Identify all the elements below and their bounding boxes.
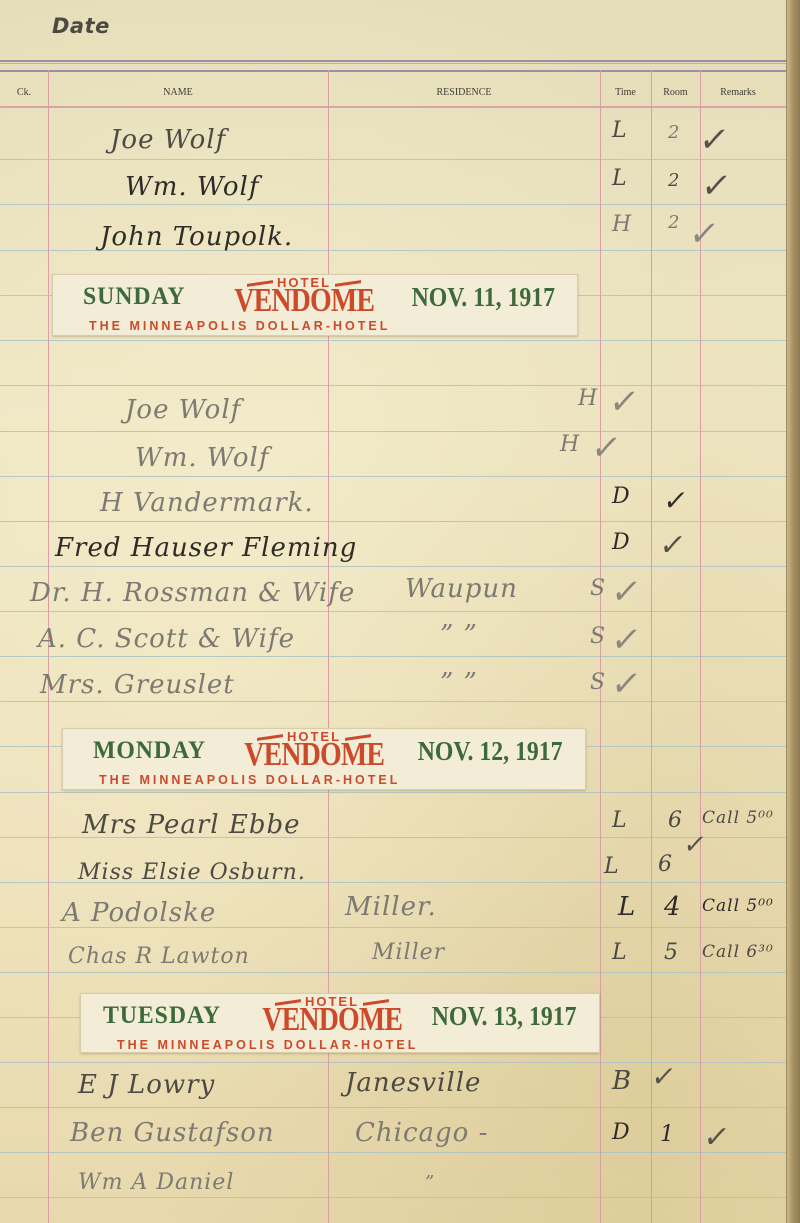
hotel-logo: HOTEL VENDOME bbox=[247, 994, 417, 1036]
entry-name: Miss Elsie Osburn. bbox=[78, 860, 306, 885]
ruled-line bbox=[0, 701, 786, 702]
ruled-line bbox=[0, 476, 786, 477]
entry-residence: Janesville bbox=[345, 1068, 481, 1098]
banner-date: NOV. 11, 1917 bbox=[412, 282, 555, 313]
entry-residence: Miller. bbox=[345, 892, 437, 922]
ruled-line bbox=[0, 204, 786, 205]
entry-time: L bbox=[612, 118, 628, 143]
checkmark-icon: ✓ bbox=[608, 620, 644, 660]
date-banner-tuesday: TUESDAY HOTEL VENDOME NOV. 13, 1917 THE … bbox=[80, 993, 600, 1053]
entry-time: L bbox=[604, 854, 620, 879]
entry-room: 6 bbox=[668, 808, 683, 833]
entry-time: L bbox=[612, 166, 628, 191]
column-header-room: Room bbox=[651, 87, 700, 98]
column-header-ck: Ck. bbox=[0, 87, 48, 98]
ledger-page: Date Ck. NAME RESIDENCE Time Room Remark… bbox=[0, 0, 800, 1223]
entry-name: Wm A Daniel bbox=[78, 1170, 234, 1195]
banner-date: NOV. 12, 1917 bbox=[418, 736, 563, 767]
entry-name: A. C. Scott & Wife bbox=[38, 624, 295, 654]
entry-name: Wm. Wolf bbox=[125, 172, 259, 202]
column-header-remarks: Remarks bbox=[700, 87, 776, 98]
entry-residence: Chicago - bbox=[355, 1118, 488, 1148]
checkmark-icon: ✓ bbox=[608, 664, 644, 704]
checkmark-icon: ✓ bbox=[661, 484, 690, 517]
banner-day: TUESDAY bbox=[103, 1002, 221, 1030]
entry-name: Fred Hauser Fleming bbox=[55, 533, 357, 563]
entry-room: 2 bbox=[668, 122, 680, 143]
entry-time: B bbox=[612, 1066, 632, 1096]
entry-room: 6 bbox=[658, 852, 673, 877]
entry-name: Mrs. Greuslet bbox=[40, 670, 235, 700]
ruled-line bbox=[0, 611, 786, 612]
checkmark-icon: ✓ bbox=[649, 1060, 678, 1093]
checkmark-icon: ✓ bbox=[608, 572, 644, 612]
book-binding bbox=[786, 0, 800, 1223]
hotel-logo: HOTEL VENDOME bbox=[219, 275, 389, 317]
banner-brand: VENDOME bbox=[234, 284, 373, 318]
entry-time: S bbox=[590, 670, 606, 695]
ruled-line bbox=[0, 566, 786, 567]
entry-room: 1 bbox=[660, 1122, 675, 1147]
banner-day: SUNDAY bbox=[83, 283, 185, 311]
ruled-line bbox=[0, 1152, 786, 1153]
entry-room: 2 bbox=[668, 212, 680, 233]
date-header-label: Date bbox=[52, 14, 110, 38]
banner-tagline: THE MINNEAPOLIS DOLLAR-HOTEL bbox=[117, 1038, 418, 1052]
entry-residence: ” ” bbox=[440, 620, 478, 650]
ruled-line bbox=[0, 340, 786, 341]
entry-name: H Vandermark. bbox=[100, 488, 314, 518]
entry-name: Dr. H. Rossman & Wife bbox=[30, 578, 355, 608]
entry-time: H bbox=[560, 432, 580, 457]
banner-date: NOV. 13, 1917 bbox=[432, 1001, 577, 1032]
column-header-time: Time bbox=[600, 87, 651, 98]
entry-time: H bbox=[612, 212, 632, 237]
column-rule-time bbox=[651, 70, 652, 1223]
entry-remarks: Call 5⁰⁰ bbox=[702, 896, 774, 916]
entry-name: John Toupolk. bbox=[100, 222, 293, 252]
header-rule bbox=[0, 60, 786, 62]
entry-time: L bbox=[618, 892, 636, 922]
banner-brand: VENDOME bbox=[244, 738, 383, 772]
checkmark-icon: ✓ bbox=[657, 528, 688, 563]
checkmark-icon: ✓ bbox=[696, 120, 732, 160]
banner-tagline: THE MINNEAPOLIS DOLLAR-HOTEL bbox=[89, 319, 390, 333]
date-banner-monday: MONDAY HOTEL VENDOME NOV. 12, 1917 THE M… bbox=[62, 728, 586, 790]
entry-name: Joe Wolf bbox=[125, 395, 241, 425]
entry-residence: Miller bbox=[372, 940, 445, 965]
entry-room: 2 bbox=[668, 170, 680, 191]
entry-time: H bbox=[578, 386, 598, 411]
entry-name: Wm. Wolf bbox=[135, 443, 269, 473]
entry-name: Mrs Pearl Ebbe bbox=[82, 810, 301, 840]
entry-name: A Podolske bbox=[62, 898, 216, 928]
entry-time: S bbox=[590, 624, 606, 649]
column-header-name: NAME bbox=[48, 87, 328, 98]
ruled-line bbox=[0, 385, 786, 386]
entry-name: Ben Gustafson bbox=[70, 1118, 275, 1148]
checkmark-icon: ✓ bbox=[701, 1120, 732, 1155]
header-rule bbox=[0, 106, 786, 108]
ruled-line bbox=[0, 1107, 786, 1108]
entry-remarks: Call 6³⁰ bbox=[702, 942, 774, 962]
entry-time: D bbox=[612, 484, 631, 509]
header-rule bbox=[0, 70, 786, 72]
ruled-line bbox=[0, 1197, 786, 1198]
entry-remarks: Call 5⁰⁰ bbox=[702, 808, 774, 828]
banner-day: MONDAY bbox=[93, 737, 206, 765]
entry-residence: ” ” bbox=[440, 668, 478, 698]
banner-brand: VENDOME bbox=[262, 1003, 401, 1037]
entry-time: S bbox=[590, 576, 606, 601]
ruled-line bbox=[0, 159, 786, 160]
banner-tagline: THE MINNEAPOLIS DOLLAR-HOTEL bbox=[99, 773, 400, 787]
checkmark-icon: ✓ bbox=[698, 166, 734, 206]
ruled-line bbox=[0, 521, 786, 522]
date-banner-sunday: SUNDAY HOTEL VENDOME NOV. 11, 1917 THE M… bbox=[52, 274, 578, 336]
entry-time: L bbox=[612, 808, 628, 833]
ruled-line bbox=[0, 972, 786, 973]
entry-room: 5 bbox=[664, 940, 679, 965]
checkmark-icon: ✓ bbox=[686, 214, 722, 254]
entry-residence: Waupun bbox=[405, 574, 518, 604]
checkmark-icon: ✓ bbox=[588, 428, 624, 468]
ruled-line bbox=[0, 431, 786, 432]
checkmark-icon: ✓ bbox=[681, 830, 708, 860]
entry-name: E J Lowry bbox=[78, 1070, 215, 1100]
entry-residence: ” bbox=[425, 1172, 435, 1193]
ruled-line bbox=[0, 792, 786, 793]
entry-room: 4 bbox=[664, 892, 682, 922]
ruled-line bbox=[0, 656, 786, 657]
column-header-residence: RESIDENCE bbox=[328, 87, 600, 98]
checkmark-icon: ✓ bbox=[606, 382, 642, 422]
header-rule bbox=[0, 63, 786, 64]
entry-time: L bbox=[612, 940, 628, 965]
hotel-logo: HOTEL VENDOME bbox=[229, 729, 399, 771]
entry-name: Chas R Lawton bbox=[68, 944, 250, 969]
entry-time: D bbox=[612, 1120, 631, 1145]
entry-name: Joe Wolf bbox=[110, 125, 226, 155]
entry-time: D bbox=[612, 530, 631, 555]
